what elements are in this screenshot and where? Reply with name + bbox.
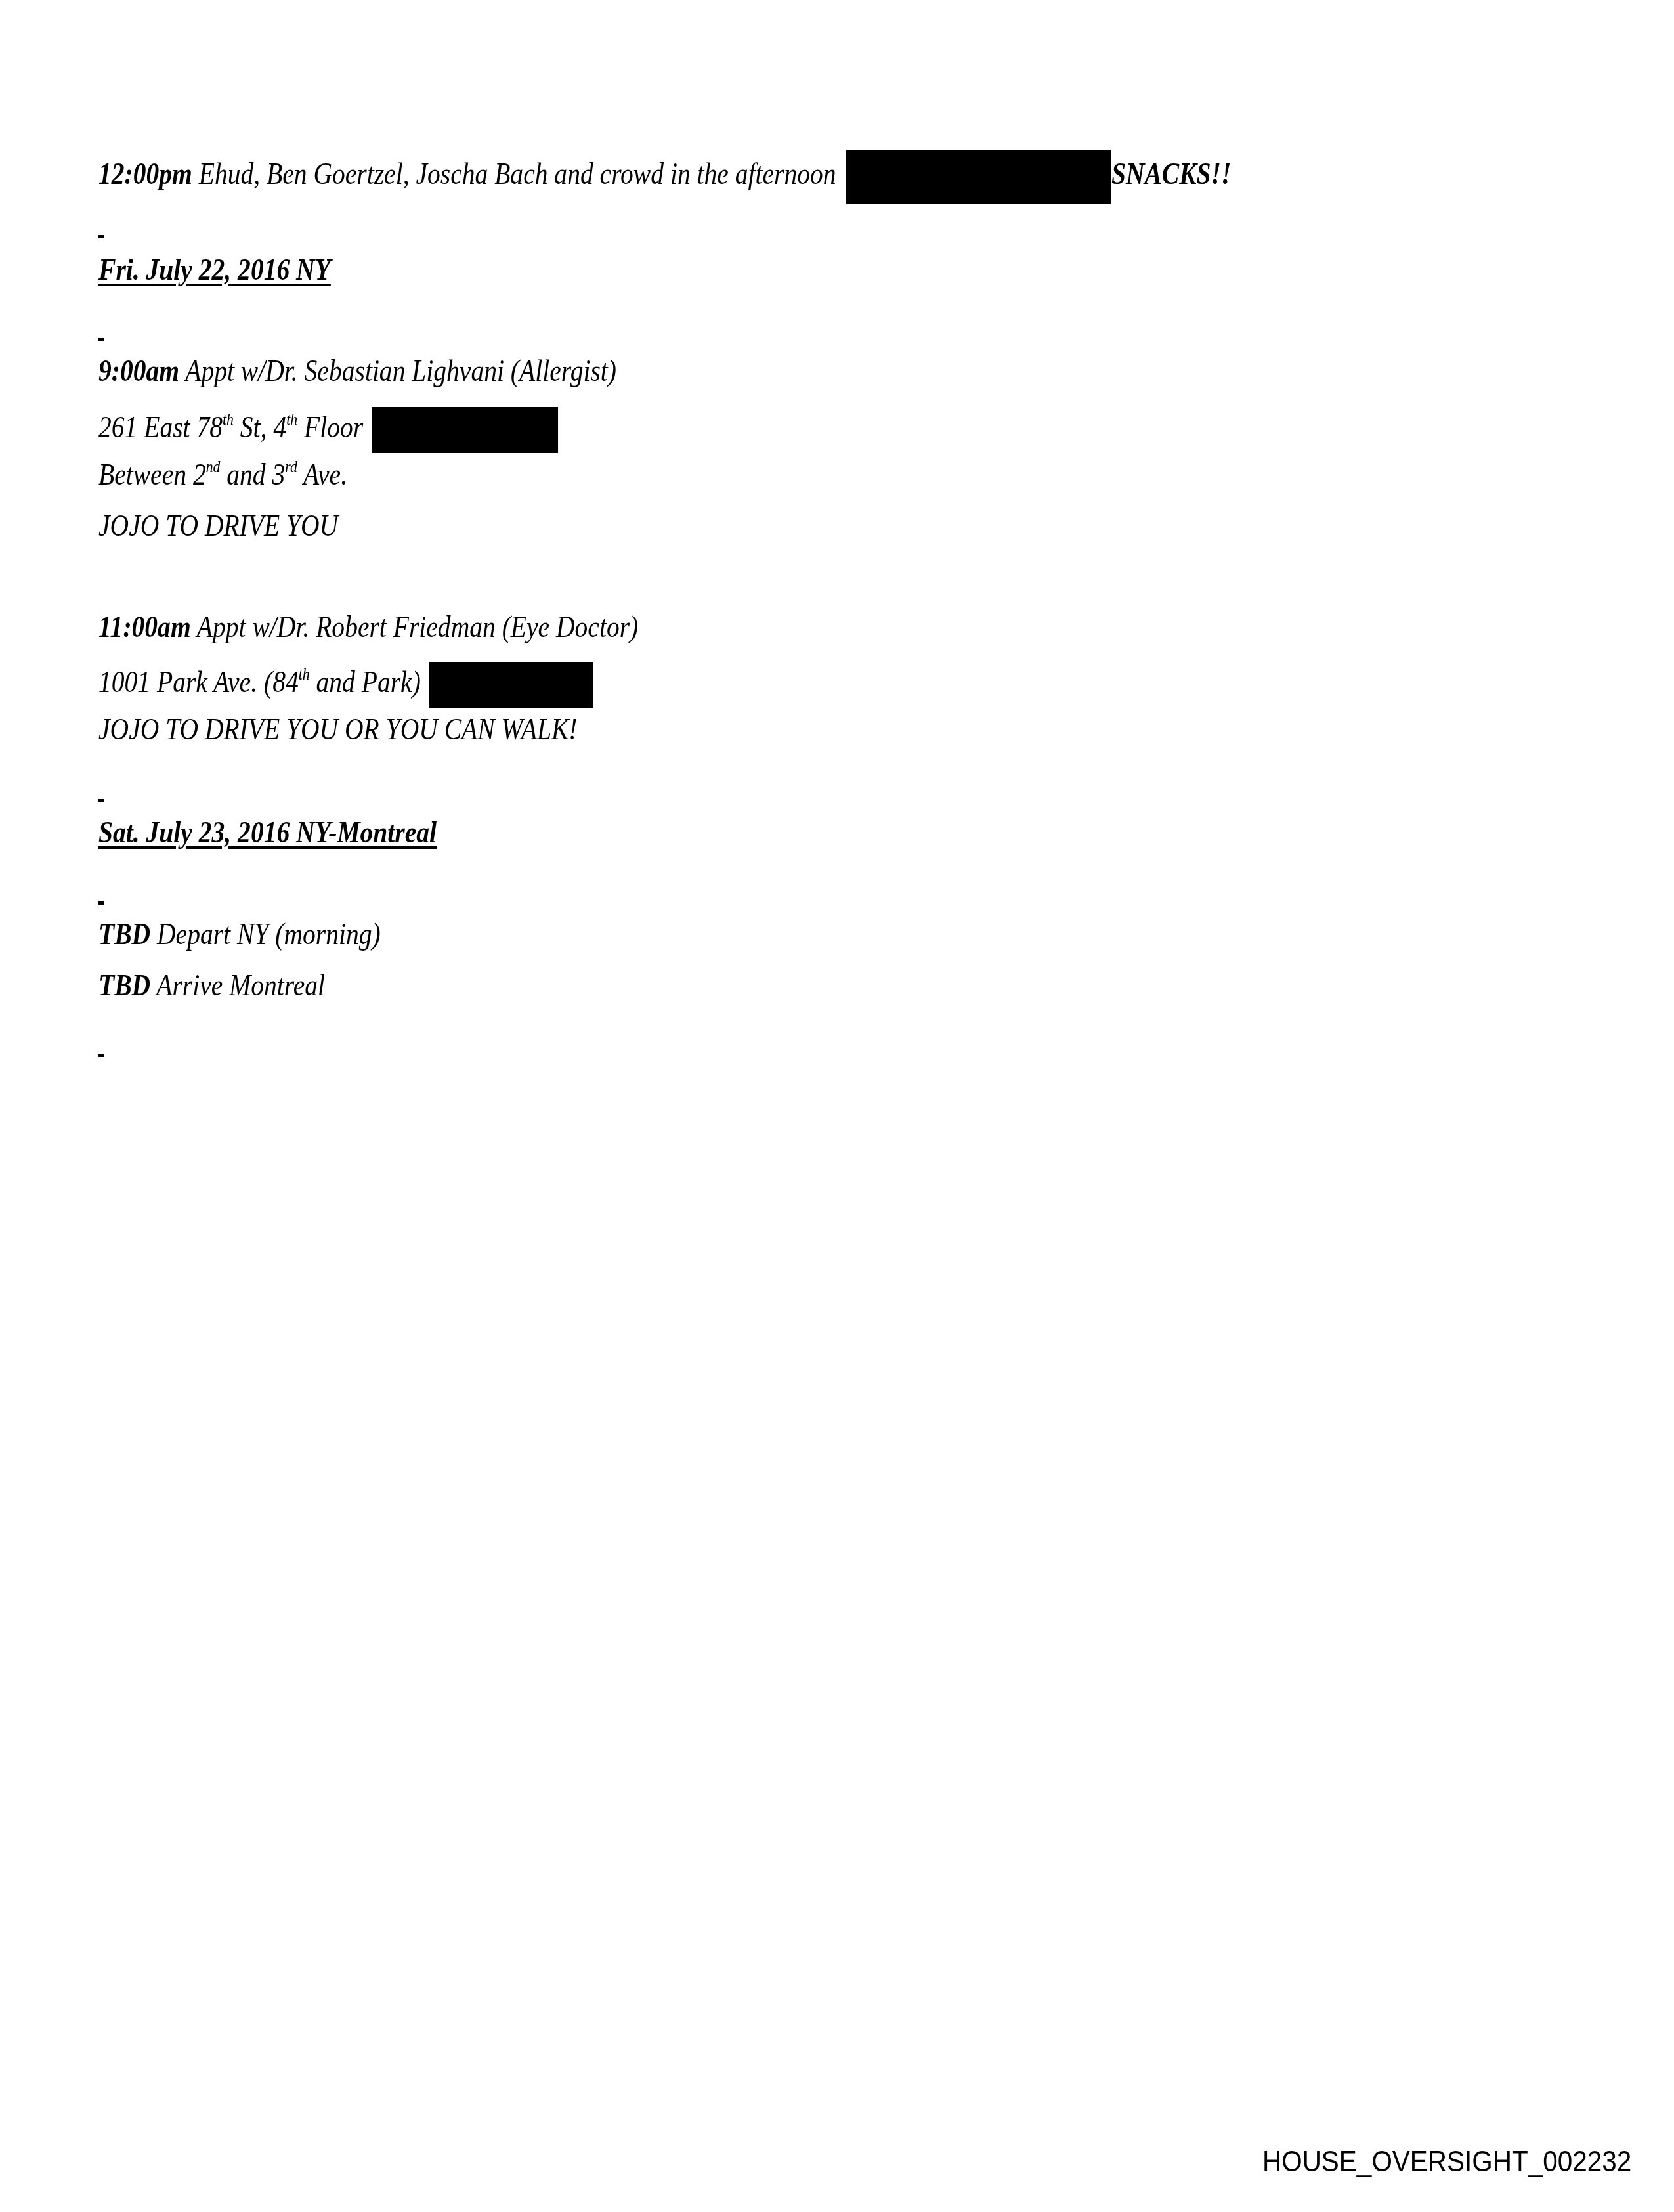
- address-part: 261 East 78: [98, 410, 223, 444]
- separator-dash: [98, 901, 104, 905]
- travel-item-arrive: TBD Arrive Montreal: [98, 970, 325, 1001]
- appt-allergist: 9:00am Appt w/Dr. Sebastian Lighvani (Al…: [98, 356, 616, 386]
- entry-emphasis: SNACKS!!: [1111, 157, 1232, 190]
- appt-text: Appt w/Dr. Sebastian Lighvani (Allergist…: [185, 354, 616, 387]
- redaction-box: [372, 407, 558, 453]
- cross-street-part: and 3: [220, 458, 285, 491]
- separator-dash: [98, 338, 104, 341]
- address-part: 1001 Park Ave. (84: [98, 665, 299, 699]
- day-heading-sat: Sat. July 23, 2016 NY-Montreal: [98, 817, 437, 848]
- appt-text: Appt w/Dr. Robert Friedman (Eye Doctor): [197, 610, 638, 643]
- ordinal-suffix: th: [223, 410, 234, 429]
- separator-dash: [98, 235, 104, 238]
- cross-street-part: Between 2: [98, 458, 206, 491]
- redaction-box: [429, 662, 593, 708]
- bates-number: HOUSE_OVERSIGHT_002232: [1262, 2146, 1631, 2179]
- entry-noon: 12:00pm Ehud, Ben Goertzel, Joscha Bach …: [98, 150, 1231, 204]
- travel-time: TBD: [98, 968, 150, 1002]
- day-heading-fri: Fri. July 22, 2016 NY: [98, 255, 331, 285]
- appt-time: 9:00am: [98, 354, 179, 387]
- travel-time: TBD: [98, 917, 150, 951]
- appt-allergist-cross-streets: Between 2nd and 3rd Ave.: [98, 460, 347, 490]
- ordinal-suffix: nd: [206, 458, 221, 476]
- address-part: St, 4: [234, 410, 286, 444]
- entry-time: 12:00pm: [98, 157, 192, 190]
- address-part: Floor: [297, 410, 363, 444]
- travel-text: Depart NY (morning): [157, 917, 381, 951]
- ordinal-suffix: th: [286, 410, 297, 429]
- entry-text: Ehud, Ben Goertzel, Joscha Bach and crow…: [199, 157, 836, 190]
- travel-item-depart: TBD Depart NY (morning): [98, 919, 381, 949]
- separator-dash: [98, 1054, 104, 1057]
- separator-dash: [98, 799, 104, 802]
- address-part: and Park): [310, 665, 421, 699]
- appt-allergist-note: JOJO TO DRIVE YOU: [98, 511, 338, 541]
- appt-eye-doctor-address: 1001 Park Ave. (84th and Park): [98, 662, 593, 708]
- travel-text: Arrive Montreal: [156, 968, 325, 1002]
- cross-street-part: Ave.: [297, 458, 347, 491]
- ordinal-suffix: rd: [285, 458, 297, 476]
- appt-eye-doctor: 11:00am Appt w/Dr. Robert Friedman (Eye …: [98, 612, 638, 642]
- ordinal-suffix: th: [299, 665, 310, 683]
- appt-eye-doctor-note: JOJO TO DRIVE YOU OR YOU CAN WALK!: [98, 714, 577, 745]
- redaction-box: [846, 150, 1111, 204]
- appt-time: 11:00am: [98, 610, 191, 643]
- appt-allergist-address: 261 East 78th St, 4th Floor: [98, 407, 558, 453]
